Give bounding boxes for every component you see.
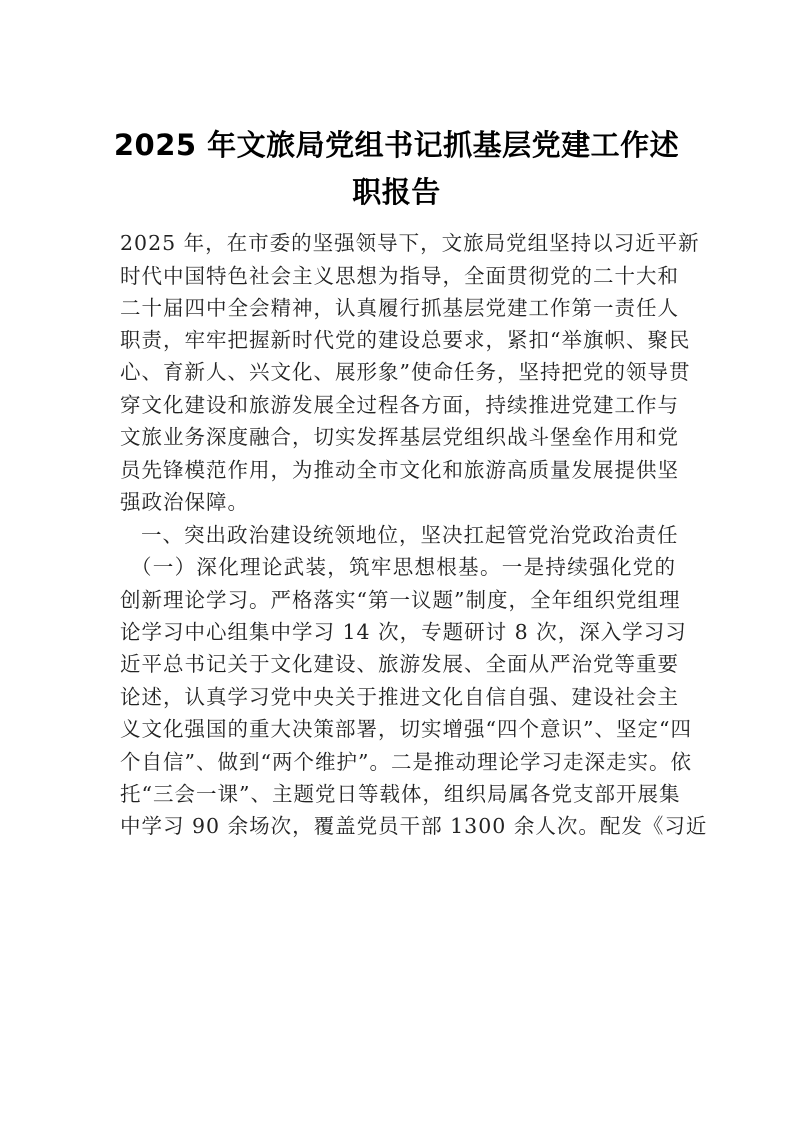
intro-paragraph-line: 文旅业务深度融合，切实发挥基层党组织战斗堡垒作用和党 bbox=[120, 421, 676, 453]
intro-paragraph-line: 员先锋模范作用，为推动全市文化和旅游高质量发展提供坚 bbox=[120, 454, 676, 486]
subsection-paragraph-line: 论学习中心组集中学习 14 次，专题研讨 8 次，深入学习习 bbox=[120, 616, 676, 648]
subsection-paragraph-line: 创新理论学习。严格落实“第一议题”制度，全年组织党组理 bbox=[120, 584, 676, 616]
subsection-paragraph-line: 近平总书记关于文化建设、旅游发展、全面从严治党等重要 bbox=[120, 648, 676, 680]
intro-paragraph-line: 时代中国特色社会主义思想为指导，全面贯彻党的二十大和 bbox=[120, 260, 676, 292]
subsection-paragraph-line: 托“三会一课”、主题党日等载体，组织局属各党支部开展集 bbox=[120, 778, 676, 810]
document-title-line-2: 职报告 bbox=[100, 174, 693, 210]
intro-paragraph-line: 职责，牢牢把握新时代党的建设总要求，紧扣“举旗帜、聚民 bbox=[120, 324, 676, 356]
document-page: 2025 年文旅局党组书记抓基层党建工作述 职报告 2025 年，在市委的坚强领… bbox=[0, 0, 793, 1122]
subsection-paragraph-line: 个自信”、做到“两个维护”。二是推动理论学习走深走实。依 bbox=[120, 746, 676, 778]
subsection-paragraph-line: 中学习 90 余场次，覆盖党员干部 1300 余人次。配发《习近 bbox=[120, 810, 676, 842]
section-heading: 一、突出政治建设统领地位，坚决扛起管党治党政治责任 bbox=[141, 519, 676, 551]
subsection-paragraph-line: 论述，认真学习党中央关于推进文化自信自强、建设社会主 bbox=[120, 681, 676, 713]
intro-paragraph-line: 强政治保障。 bbox=[120, 486, 676, 518]
document-title-line-1: 2025 年文旅局党组书记抓基层党建工作述 bbox=[100, 127, 693, 163]
subsection-paragraph-line: （一）深化理论武装，筑牢思想根基。一是持续强化党的 bbox=[131, 551, 676, 583]
intro-paragraph-line: 心、育新人、兴文化、展形象”使命任务，坚持把党的领导贯 bbox=[120, 356, 676, 388]
intro-paragraph-line: 二十届四中全会精神，认真履行抓基层党建工作第一责任人 bbox=[120, 292, 676, 324]
intro-paragraph-line: 穿文化建设和旅游发展全过程各方面，持续推进党建工作与 bbox=[120, 389, 676, 421]
subsection-paragraph-line: 义文化强国的重大决策部署，切实增强“四个意识”、坚定“四 bbox=[120, 713, 676, 745]
intro-paragraph-line: 2025 年，在市委的坚强领导下，文旅局党组坚持以习近平新 bbox=[120, 227, 676, 259]
